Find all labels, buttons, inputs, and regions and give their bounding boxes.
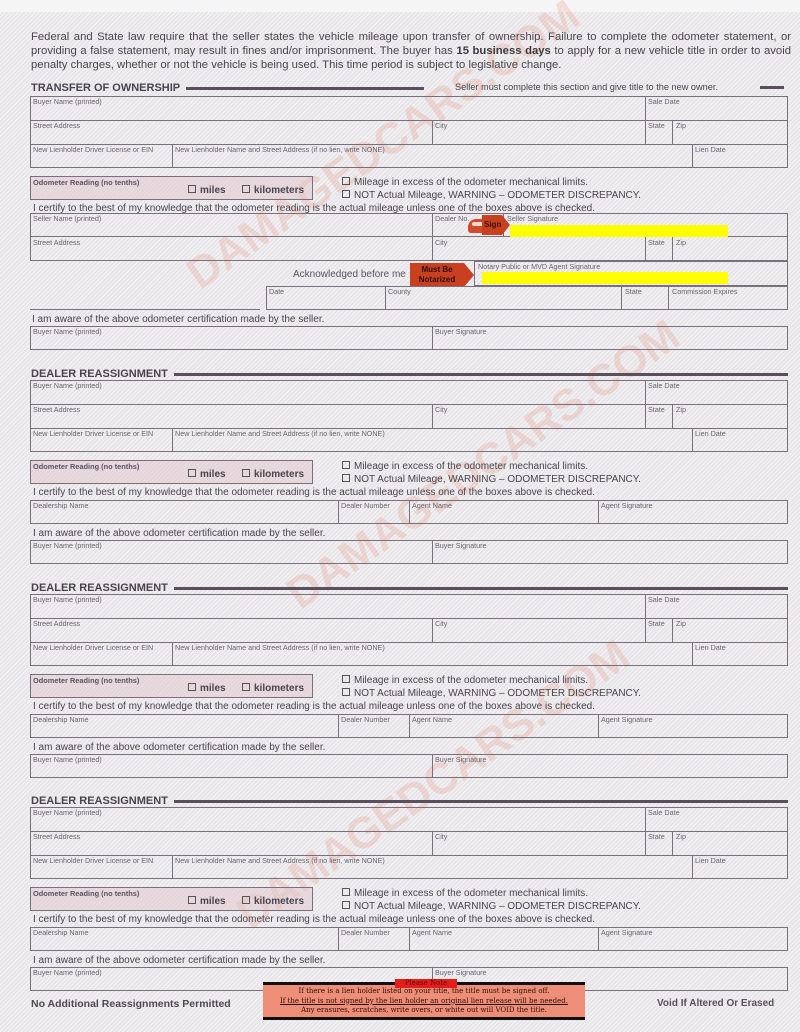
reassign-3-odometer-field[interactable]: Odometer Reading (no tenths) miles kilom… (30, 887, 313, 911)
reassign-1-buyer-block (30, 380, 788, 452)
reassign-2-zip-field[interactable]: Zip (676, 620, 686, 628)
reassign-2-title: DEALER REASSIGNMENT (31, 582, 788, 594)
reassign-3-buyer-block (30, 807, 788, 879)
checkbox-icon (242, 185, 250, 193)
checkbox-icon (242, 896, 250, 904)
transfer-mileage-excess-checkbox[interactable]: Mileage in excess of the odometer mechan… (342, 177, 588, 188)
transfer-lien-date-field[interactable]: Lien Date (695, 146, 726, 154)
reassign-3-mileage-excess-checkbox[interactable]: Mileage in excess of the odometer mechan… (342, 888, 588, 899)
reassign-1-mileage-excess-checkbox[interactable]: Mileage in excess of the odometer mechan… (342, 461, 588, 472)
reassign-2-kilometers-checkbox[interactable]: kilometers (242, 683, 304, 694)
reassign-1-buyer-name-field[interactable]: Buyer Name (printed) (33, 382, 102, 390)
reassign-2-lien-date-field[interactable]: Lien Date (695, 644, 726, 652)
reassign-1-city-field[interactable]: City (435, 406, 447, 414)
reassign-3-buyer-name-ack-field[interactable]: Buyer Name (printed) (33, 969, 102, 977)
reassign-2-mileage-excess-checkbox[interactable]: Mileage in excess of the odometer mechan… (342, 675, 588, 686)
reassign-1-agent-name-field[interactable]: Agent Name (412, 502, 452, 510)
top-strip (0, 0, 800, 12)
reassign-1-street-address-field[interactable]: Street Address (33, 406, 80, 414)
reassign-3-dealership-name-field[interactable]: Dealership Name (33, 929, 89, 937)
seller-signature-highlight[interactable] (510, 225, 728, 237)
reassign-1-dealer-number-field[interactable]: Dealer Number (341, 502, 390, 510)
reassign-2-street-address-field[interactable]: Street Address (33, 620, 80, 628)
checkbox-icon (242, 469, 250, 477)
reassign-3-lienholder-dl-field[interactable]: New Lienholder Driver License or EIN (33, 857, 153, 865)
checkbox-icon (342, 474, 350, 482)
reassign-2-buyer-name-ack-field[interactable]: Buyer Name (printed) (33, 756, 102, 764)
reassign-3-aware-statement: I am aware of the above odometer certifi… (33, 955, 325, 966)
reassign-1-kilometers-checkbox[interactable]: kilometers (242, 469, 304, 480)
reassign-2-state-field[interactable]: State (648, 620, 665, 628)
buyer-signature-field[interactable]: Buyer Signature (435, 328, 487, 336)
commission-expires-field[interactable]: Commission Expires (672, 288, 738, 296)
seller-signature-field[interactable]: Seller Signature (507, 215, 558, 223)
buyer-aware-statement: I am aware of the above odometer certifi… (32, 314, 324, 325)
seller-zip-field[interactable]: Zip (676, 239, 686, 247)
reassign-1-lien-date-field[interactable]: Lien Date (695, 430, 726, 438)
transfer-miles-checkbox[interactable]: miles (188, 185, 226, 196)
seller-block (30, 213, 788, 261)
reassign-3-city-field[interactable]: City (435, 833, 447, 841)
reassign-3-buyer-signature-field[interactable]: Buyer Signature (435, 969, 487, 977)
reassign-1-not-actual-checkbox[interactable]: NOT Actual Mileage, WARNING – ODOMETER D… (342, 474, 641, 485)
checkbox-icon (242, 683, 250, 691)
reassign-2-lienholder-dl-field[interactable]: New Lienholder Driver License or EIN (33, 644, 153, 652)
reassign-1-buyer-ack-block (30, 540, 788, 564)
transfer-lienholder-name-field[interactable]: New Lienholder Name and Street Address (… (175, 146, 385, 154)
reassign-2-odometer-field[interactable]: Odometer Reading (no tenths) miles kilom… (30, 674, 313, 698)
seller-note: Seller must complete this section and gi… (455, 82, 718, 92)
checkbox-icon (342, 177, 350, 185)
reassign-3-sale-date-field[interactable]: Sale Date (648, 809, 680, 817)
void-if-altered: Void If Altered Or Erased (657, 998, 774, 1009)
transfer-zip-field[interactable]: Zip (676, 122, 686, 130)
reassign-3-not-actual-checkbox[interactable]: NOT Actual Mileage, WARNING – ODOMETER D… (342, 901, 641, 912)
reassign-3-certify-statement: I certify to the best of my knowledge th… (33, 914, 595, 925)
notary-signature-highlight[interactable] (482, 272, 728, 284)
please-note-header: Please Note (395, 979, 457, 988)
reassign-1-aware-statement: I am aware of the above odometer certifi… (33, 528, 325, 539)
reassign-1-miles-checkbox[interactable]: miles (188, 469, 226, 480)
reassign-3-dealer-number-field[interactable]: Dealer Number (341, 929, 390, 937)
transfer-buyer-name-field[interactable]: Buyer Name (printed) (33, 98, 102, 106)
reassign-1-lienholder-dl-field[interactable]: New Lienholder Driver License or EIN (33, 430, 153, 438)
reassign-1-dealership-name-field[interactable]: Dealership Name (33, 502, 89, 510)
transfer-sale-date-field[interactable]: Sale Date (648, 98, 680, 106)
checkbox-icon (342, 461, 350, 469)
reassign-2-sale-date-field[interactable]: Sale Date (648, 596, 680, 604)
reassign-3-lienholder-name-field[interactable]: New Lienholder Name and Street Address (… (175, 857, 385, 865)
checkbox-icon (342, 675, 350, 683)
reassign-3-zip-field[interactable]: Zip (676, 833, 686, 841)
reassign-1-odometer-field[interactable]: Odometer Reading (no tenths) miles kilom… (30, 460, 313, 484)
reassign-3-lien-date-field[interactable]: Lien Date (695, 857, 726, 865)
reassign-1-buyer-signature-field[interactable]: Buyer Signature (435, 542, 487, 550)
reassign-1-title: DEALER REASSIGNMENT (31, 368, 788, 380)
checkbox-icon (342, 688, 350, 696)
reassign-2-city-field[interactable]: City (435, 620, 447, 628)
notice-line: Any erasures, scratches, write overs, or… (263, 1006, 585, 1016)
reassign-1-agent-signature-field[interactable]: Agent Signature (601, 502, 653, 510)
transfer-buyer-block (30, 96, 788, 168)
reassign-2-lienholder-name-field[interactable]: New Lienholder Name and Street Address (… (175, 644, 385, 652)
seller-street-address-field[interactable]: Street Address (33, 239, 80, 247)
section-title-transfer: TRANSFER OF OWNERSHIP (31, 82, 424, 94)
transfer-state-field[interactable]: State (648, 122, 665, 130)
transfer-odometer-field[interactable]: Odometer Reading (no tenths) miles kilom… (30, 176, 313, 200)
buyer-name-ack-field[interactable]: Buyer Name (printed) (33, 328, 102, 336)
divider (760, 86, 784, 89)
notice-line: If there is a lien holder listed on your… (263, 987, 585, 997)
seller-state-field[interactable]: State (648, 239, 665, 247)
transfer-street-address-field[interactable]: Street Address (33, 122, 80, 130)
checkbox-icon (342, 901, 350, 909)
notary-county-field[interactable]: County (388, 288, 411, 296)
reassign-3-buyer-name-field[interactable]: Buyer Name (printed) (33, 809, 102, 817)
buyer-ack-block (30, 326, 788, 350)
reassign-3-miles-checkbox[interactable]: miles (188, 896, 226, 907)
transfer-lienholder-dl-field[interactable]: New Lienholder Driver License or EIN (33, 146, 153, 154)
sign-here-badge: Sign (468, 215, 504, 237)
checkbox-icon (342, 888, 350, 896)
notary-date-field[interactable]: Date (269, 288, 284, 296)
must-be-notarized-badge: Must BeNotarized (410, 263, 464, 287)
reassign-1-lienholder-name-field[interactable]: New Lienholder Name and Street Address (… (175, 430, 385, 438)
seller-city-field[interactable]: City (435, 239, 447, 247)
checkbox-icon (188, 185, 196, 193)
reassign-3-kilometers-checkbox[interactable]: kilometers (242, 896, 304, 907)
reassign-2-buyer-ack-block (30, 754, 788, 778)
notary-state-field[interactable]: State (625, 288, 642, 296)
reassign-1-zip-field[interactable]: Zip (676, 406, 686, 414)
reassign-3-state-field[interactable]: State (648, 833, 665, 841)
reassign-1-certify-statement: I certify to the best of my knowledge th… (33, 487, 595, 498)
checkbox-icon (342, 190, 350, 198)
reassign-3-agent-signature-field[interactable]: Agent Signature (601, 929, 653, 937)
transfer-not-actual-checkbox[interactable]: NOT Actual Mileage, WARNING – ODOMETER D… (342, 190, 641, 201)
reassign-3-agent-name-field[interactable]: Agent Name (412, 929, 452, 937)
reassign-2-not-actual-checkbox[interactable]: NOT Actual Mileage, WARNING – ODOMETER D… (342, 688, 641, 699)
reassign-1-state-field[interactable]: State (648, 406, 665, 414)
reassign-2-buyer-block (30, 594, 788, 666)
reassign-1-sale-date-field[interactable]: Sale Date (648, 382, 680, 390)
reassign-3-title: DEALER REASSIGNMENT (31, 795, 788, 807)
reassign-2-miles-checkbox[interactable]: miles (188, 683, 226, 694)
transfer-city-field[interactable]: City (435, 122, 447, 130)
notice-line: If the title is not signed by the lien h… (263, 997, 585, 1007)
reassign-2-dealership-name-field[interactable]: Dealership Name (33, 716, 89, 724)
checkbox-icon (188, 896, 196, 904)
reassign-2-agent-signature-field[interactable]: Agent Signature (601, 716, 653, 724)
reassign-3-street-address-field[interactable]: Street Address (33, 833, 80, 841)
acknowledged-label: Acknowledged before me (293, 269, 406, 280)
reassign-2-agent-name-field[interactable]: Agent Name (412, 716, 452, 724)
reassign-2-buyer-name-field[interactable]: Buyer Name (printed) (33, 596, 102, 604)
legal-intro: Federal and State law require that the s… (31, 30, 791, 72)
checkbox-icon (188, 469, 196, 477)
reassign-2-buyer-signature-field[interactable]: Buyer Signature (435, 756, 487, 764)
transfer-kilometers-checkbox[interactable]: kilometers (242, 185, 304, 196)
reassign-2-dealer-number-field[interactable]: Dealer Number (341, 716, 390, 724)
seller-name-field[interactable]: Seller Name (printed) (33, 215, 101, 223)
notary-signature-field[interactable]: Notary Public or MVD Agent Signature (478, 263, 600, 271)
no-additional-reassignments: No Additional Reassignments Permitted (31, 998, 231, 1010)
reassign-2-aware-statement: I am aware of the above odometer certifi… (33, 742, 325, 753)
reassign-1-buyer-name-ack-field[interactable]: Buyer Name (printed) (33, 542, 102, 550)
dealer-number-field[interactable]: Dealer No. (435, 215, 469, 223)
reassign-2-certify-statement: I certify to the best of my knowledge th… (33, 701, 595, 712)
checkbox-icon (188, 683, 196, 691)
